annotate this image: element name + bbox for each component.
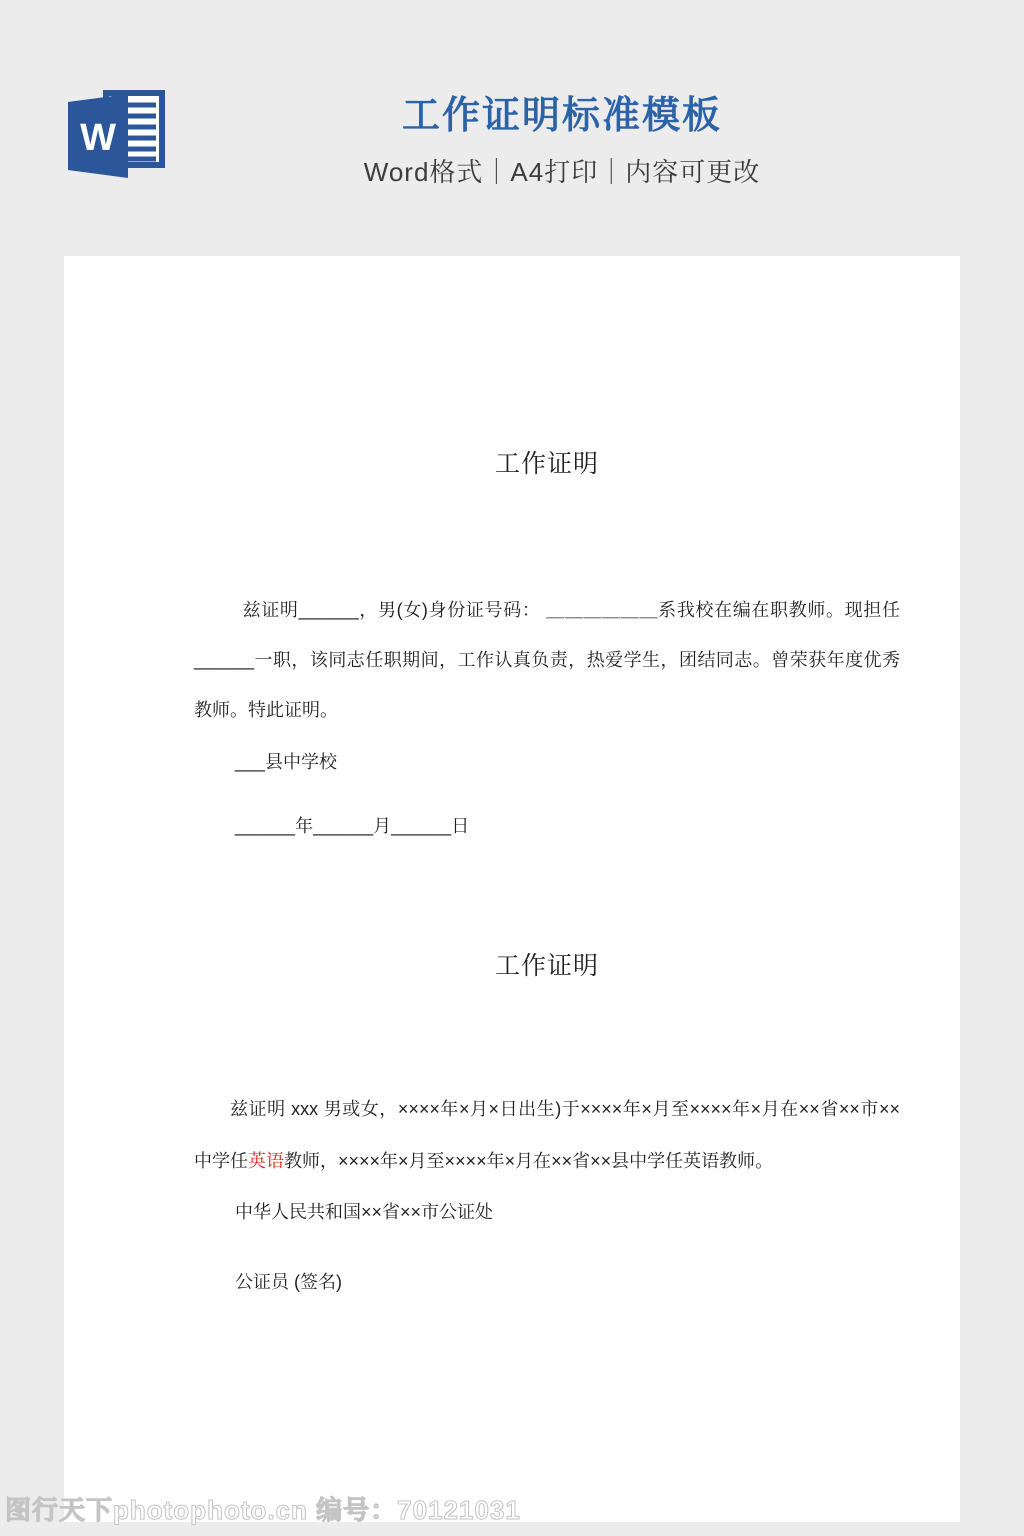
template-preview: W 工作证明标准模板 Word格式｜A4打印｜内容可更改 工作证明 兹证明___… [0,0,1024,1536]
document-page: 工作证明 兹证明______，男(女)身份证号码： ＿＿＿＿＿＿系我校在编在职教… [64,256,960,1522]
certificate2-body-highlight: 英语 [248,1151,284,1171]
word-letter: W [80,117,116,159]
certificate1-date-line: ______年______月______日 [194,812,900,838]
certificate1-school-line: ___县中学校 [194,748,900,774]
certificate1-title: 工作证明 [194,444,900,480]
certificate2-body-end: 教师，××××年×月至××××年×月在××省××县中学任英语教师。 [284,1151,773,1171]
header: 工作证明标准模板 Word格式｜A4打印｜内容可更改 [112,94,1012,189]
certificate2-title: 工作证明 [194,946,900,982]
certificate1-body: 兹证明______，男(女)身份证号码： ＿＿＿＿＿＿系我校在编在职教师。现担任… [194,585,900,735]
site-watermark: 图行天下photophoto.cn 编号：70121031 [5,1490,521,1527]
certificate2-signature-line: 公证员 (签名) [194,1268,900,1294]
page-subtitle: Word格式｜A4打印｜内容可更改 [112,152,1012,189]
page-title: 工作证明标准模板 [112,94,1012,140]
certificate2-body: 兹证明 xxx 男或女，××××年×月×日出生)于××××年×月至××××年×月… [194,1083,900,1187]
certificate2-notary-line: 中华人民共和国××省××市公证处 [194,1198,900,1224]
